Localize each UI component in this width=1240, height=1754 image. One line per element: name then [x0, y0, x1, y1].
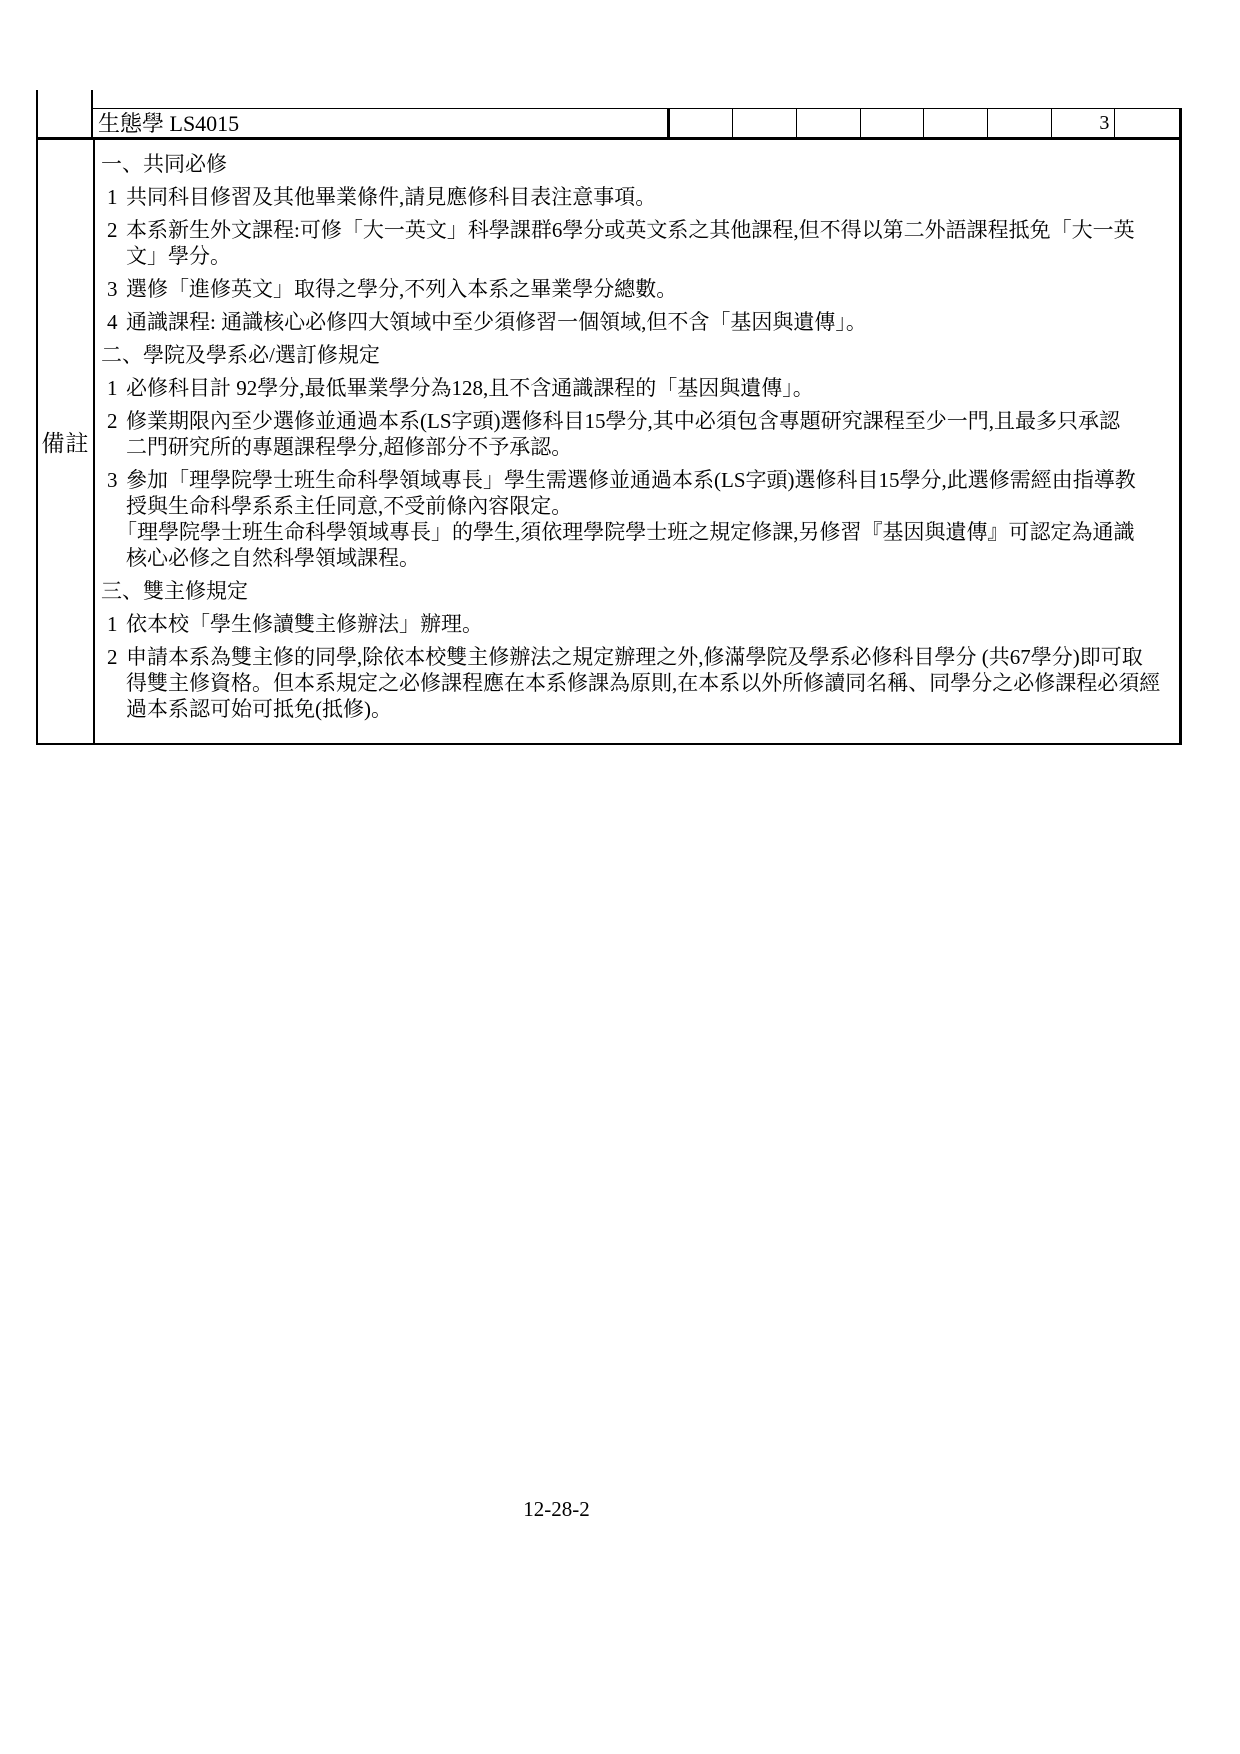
remarks-line: 通識課程: 通識核心必修四大領域中至少須修習一個領域,但不含「基因與遺傳」。	[126, 309, 1171, 335]
remarks-paragraph: 通識課程: 通識核心必修四大領域中至少須修習一個領域,但不含「基因與遺傳」。	[126, 309, 1171, 335]
remarks-item: 3參加「理學院學士班生命科學領域專長」學生需選修並通過本系(LS字頭)選修科目1…	[99, 467, 1171, 571]
remarks-line: 參加「理學院學士班生命科學領域專長」學生需選修並通過本系(LS字頭)選修科目15…	[126, 467, 1171, 493]
remarks-item-number: 1	[107, 611, 126, 637]
remarks-item-body: 必修科目計 92學分,最低畢業學分為128,且不含通識課程的「基因與遺傳」。	[126, 375, 1171, 401]
remarks-line: 必修科目計 92學分,最低畢業學分為128,且不含通識課程的「基因與遺傳」。	[126, 375, 1171, 401]
remarks-item: 4通識課程: 通識核心必修四大領域中至少須修習一個領域,但不含「基因與遺傳」。	[99, 309, 1171, 335]
remarks-item-number: 1	[107, 184, 126, 210]
remarks-paragraph: 共同科目修習及其他畢業條件,請見應修科目表注意事項。	[126, 184, 1171, 210]
remarks-item: 2本系新生外文課程:可修「大一英文」科學課群6學分或英文系之其他課程,但不得以第…	[99, 217, 1171, 269]
course-name-cell: 生態學 LS4015	[93, 109, 670, 137]
remarks-item-number: 2	[107, 217, 126, 269]
remarks-item: 1依本校「學生修讀雙主修辦法」辦理。	[99, 611, 1171, 637]
remarks-section-heading: 三、雙主修規定	[99, 578, 1171, 604]
remarks-line: 得雙主修資格。但本系規定之必修課程應在本系修課為原則,在本系以外所修讀同名稱、同…	[126, 670, 1171, 696]
course-table: 生態學 LS4015 3 備註 一、共同必修1共同科目修習及其他畢業條件,請見應…	[36, 90, 1182, 745]
course-empty-cell	[733, 109, 797, 137]
remarks-label-cell: 備註	[38, 140, 95, 743]
remarks-paragraph: 申請本系為雙主修的同學,除依本校雙主修辦法之規定辦理之外,修滿學院及學系必修科目…	[126, 644, 1171, 722]
course-row: 生態學 LS4015 3	[36, 90, 1182, 137]
remarks-line: 申請本系為雙主修的同學,除依本校雙主修辦法之規定辦理之外,修滿學院及學系必修科目…	[126, 644, 1171, 670]
remarks-section-heading: 二、學院及學系必/選訂修規定	[99, 342, 1171, 368]
remarks-label: 備註	[42, 425, 90, 458]
remarks-item-number: 2	[107, 644, 126, 722]
remarks-item: 2修業期限內至少選修並通過本系(LS字頭)選修科目15學分,其中必須包含專題研究…	[99, 408, 1171, 460]
remarks-item-body: 參加「理學院學士班生命科學領域專長」學生需選修並通過本系(LS字頭)選修科目15…	[126, 467, 1171, 571]
remarks-line: 選修「進修英文」取得之學分,不列入本系之畢業學分總數。	[126, 276, 1171, 302]
remarks-item: 1必修科目計 92學分,最低畢業學分為128,且不含通識課程的「基因與遺傳」。	[99, 375, 1171, 401]
course-empty-cell	[988, 109, 1052, 137]
course-empty-cell	[1115, 109, 1179, 137]
remarks-paragraph: 依本校「學生修讀雙主修辦法」辦理。	[126, 611, 1171, 637]
remarks-paragraph: 本系新生外文課程:可修「大一英文」科學課群6學分或英文系之其他課程,但不得以第二…	[126, 217, 1171, 269]
remarks-item-number: 2	[107, 408, 126, 460]
left-column-spacer-cell	[36, 90, 93, 137]
remarks-line: 文」學分。	[126, 243, 1171, 269]
remarks-paragraph: 必修科目計 92學分,最低畢業學分為128,且不含通識課程的「基因與遺傳」。	[126, 375, 1171, 401]
remarks-line: 共同科目修習及其他畢業條件,請見應修科目表注意事項。	[126, 184, 1171, 210]
remarks-section-heading: 一、共同必修	[99, 151, 1171, 177]
course-empty-cell	[861, 109, 925, 137]
page-number: 12-28-2	[0, 1497, 1113, 1522]
remarks-item-body: 修業期限內至少選修並通過本系(LS字頭)選修科目15學分,其中必須包含專題研究課…	[126, 408, 1171, 460]
remarks-paragraph: 修業期限內至少選修並通過本系(LS字頭)選修科目15學分,其中必須包含專題研究課…	[126, 408, 1171, 460]
remarks-item-body: 選修「進修英文」取得之學分,不列入本系之畢業學分總數。	[126, 276, 1171, 302]
remarks-line: 核心必修之自然科學領域課程。	[126, 545, 1171, 571]
remarks-item-body: 本系新生外文課程:可修「大一英文」科學課群6學分或英文系之其他課程,但不得以第二…	[126, 217, 1171, 269]
remarks-line: 過本系認可始可抵免(抵修)。	[126, 696, 1171, 722]
remarks-item: 2申請本系為雙主修的同學,除依本校雙主修辦法之規定辦理之外,修滿學院及學系必修科…	[99, 644, 1171, 722]
remarks-content-cell: 一、共同必修1共同科目修習及其他畢業條件,請見應修科目表注意事項。2本系新生外文…	[95, 140, 1179, 743]
remarks-line: 依本校「學生修讀雙主修辦法」辦理。	[126, 611, 1171, 637]
remarks-line: 修業期限內至少選修並通過本系(LS字頭)選修科目15學分,其中必須包含專題研究課…	[126, 408, 1171, 434]
remarks-item-number: 1	[107, 375, 126, 401]
course-credit-cell: 3	[1052, 109, 1116, 137]
remarks-paragraph: 選修「進修英文」取得之學分,不列入本系之畢業學分總數。	[126, 276, 1171, 302]
remarks-line: 二門研究所的專題課程學分,超修部分不予承認。	[126, 434, 1171, 460]
remarks-item-body: 依本校「學生修讀雙主修辦法」辦理。	[126, 611, 1171, 637]
remarks-line: 本系新生外文課程:可修「大一英文」科學課群6學分或英文系之其他課程,但不得以第二…	[126, 217, 1171, 243]
remarks-item-body: 共同科目修習及其他畢業條件,請見應修科目表注意事項。	[126, 184, 1171, 210]
document-page: 生態學 LS4015 3 備註 一、共同必修1共同科目修習及其他畢業條件,請見應…	[0, 0, 1240, 1754]
remarks-line: 授與生命科學系系主任同意,不受前條內容限定。	[126, 493, 1171, 519]
course-empty-cell	[924, 109, 988, 137]
course-row-cells: 生態學 LS4015 3	[93, 108, 1182, 137]
course-empty-cell	[797, 109, 861, 137]
course-empty-cell	[670, 109, 734, 137]
remarks-item-body: 通識課程: 通識核心必修四大領域中至少須修習一個領域,但不含「基因與遺傳」。	[126, 309, 1171, 335]
remarks-line: 「理學院學士班生命科學領域專長」的學生,須依理學院學士班之規定修課,另修習『基因…	[116, 519, 1171, 545]
remarks-item-number: 4	[107, 309, 126, 335]
course-credit-cells: 3	[670, 109, 1180, 137]
remarks-row: 備註 一、共同必修1共同科目修習及其他畢業條件,請見應修科目表注意事項。2本系新…	[36, 137, 1182, 745]
remarks-paragraph: 參加「理學院學士班生命科學領域專長」學生需選修並通過本系(LS字頭)選修科目15…	[126, 467, 1171, 519]
remarks-item-body: 申請本系為雙主修的同學,除依本校雙主修辦法之規定辦理之外,修滿學院及學系必修科目…	[126, 644, 1171, 722]
remarks-paragraph: 「理學院學士班生命科學領域專長」的學生,須依理學院學士班之規定修課,另修習『基因…	[126, 519, 1171, 571]
remarks-item-number: 3	[107, 276, 126, 302]
remarks-item: 1共同科目修習及其他畢業條件,請見應修科目表注意事項。	[99, 184, 1171, 210]
remarks-item: 3選修「進修英文」取得之學分,不列入本系之畢業學分總數。	[99, 276, 1171, 302]
